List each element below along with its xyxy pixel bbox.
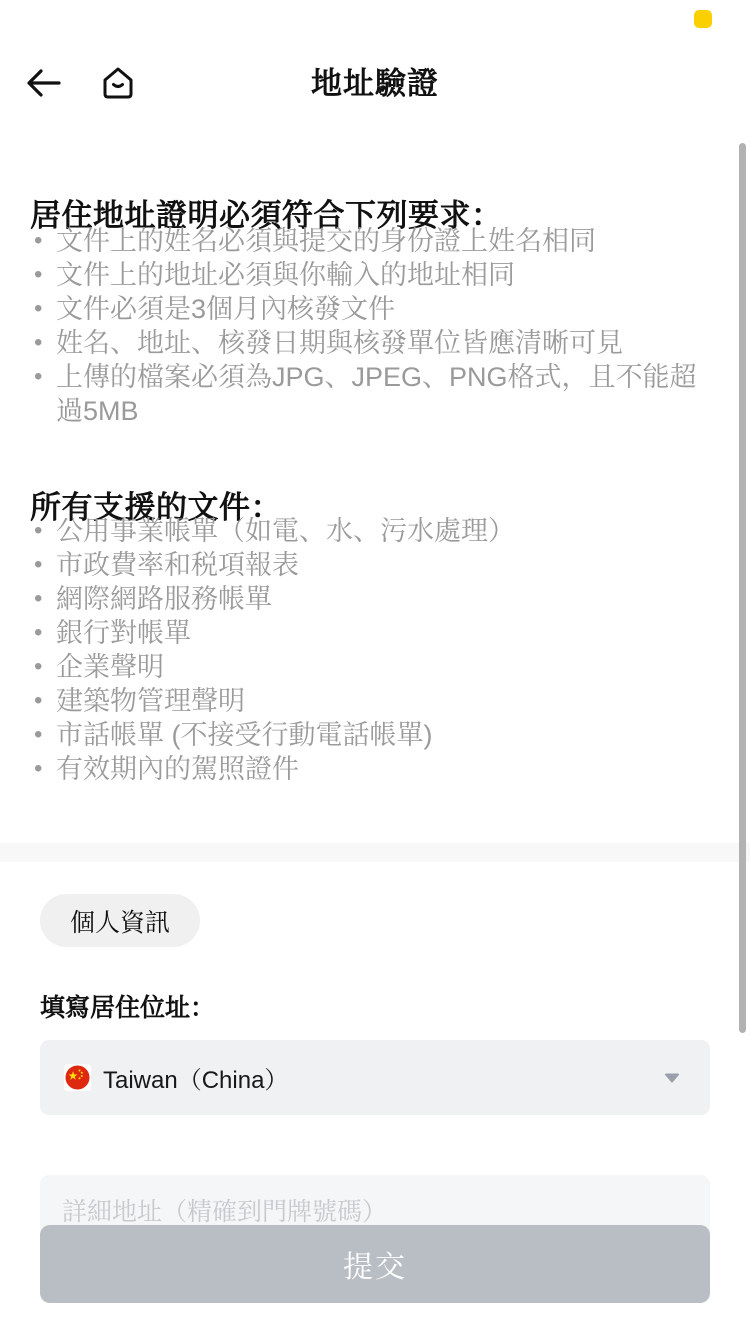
chip-label: 個人資訊: [70, 903, 170, 939]
back-button[interactable]: [24, 64, 64, 104]
country-select-value: Taiwan（China）: [103, 1060, 664, 1095]
section-separator: [0, 843, 750, 862]
chevron-down-icon: [664, 1073, 680, 1083]
list-item: 企業聲明: [30, 650, 702, 684]
list-item: 文件上的姓名必須與提交的身份證上姓名相同: [30, 224, 702, 258]
list-item: 文件必須是3個月內核發文件: [30, 292, 702, 326]
header: 地址驗證: [0, 60, 750, 108]
personal-info-chip: 個人資訊: [40, 894, 200, 947]
home-button[interactable]: [98, 64, 138, 104]
country-select[interactable]: Taiwan（China）: [40, 1040, 710, 1115]
requirements-list: 文件上的姓名必須與提交的身份證上姓名相同 文件上的地址必須與你輸入的地址相同 文…: [30, 224, 702, 428]
supported-docs-list: 公用事業帳單（如電、水、污水處理） 市政費率和税項報表 網際網路服務帳單 銀行對…: [30, 514, 702, 786]
list-item: 上傳的檔案必須為JPG、JPEG、PNG格式，且不能超過5MB: [30, 360, 702, 428]
list-item: 文件上的地址必須與你輸入的地址相同: [30, 258, 702, 292]
list-item: 網際網路服務帳單: [30, 582, 702, 616]
status-indicator: [694, 10, 712, 28]
list-item: 公用事業帳單（如電、水、污水處理）: [30, 514, 702, 548]
list-item: 銀行對帳單: [30, 616, 702, 650]
address-label: 填寫居住位址：: [40, 988, 215, 1024]
left-arrow-icon: [25, 67, 63, 102]
scrollbar-thumb[interactable]: [739, 143, 746, 1033]
submit-button[interactable]: 提交: [40, 1225, 710, 1303]
list-item: 有效期內的駕照證件: [30, 752, 702, 786]
list-item: 建築物管理聲明: [30, 684, 702, 718]
list-item: 市話帳單 (不接受行動電話帳單): [30, 718, 702, 752]
house-icon: [99, 64, 137, 105]
china-flag-icon: [64, 1064, 91, 1091]
list-item: 姓名、地址、核發日期與核發單位皆應清晰可見: [30, 326, 702, 360]
list-item: 市政費率和税項報表: [30, 548, 702, 582]
